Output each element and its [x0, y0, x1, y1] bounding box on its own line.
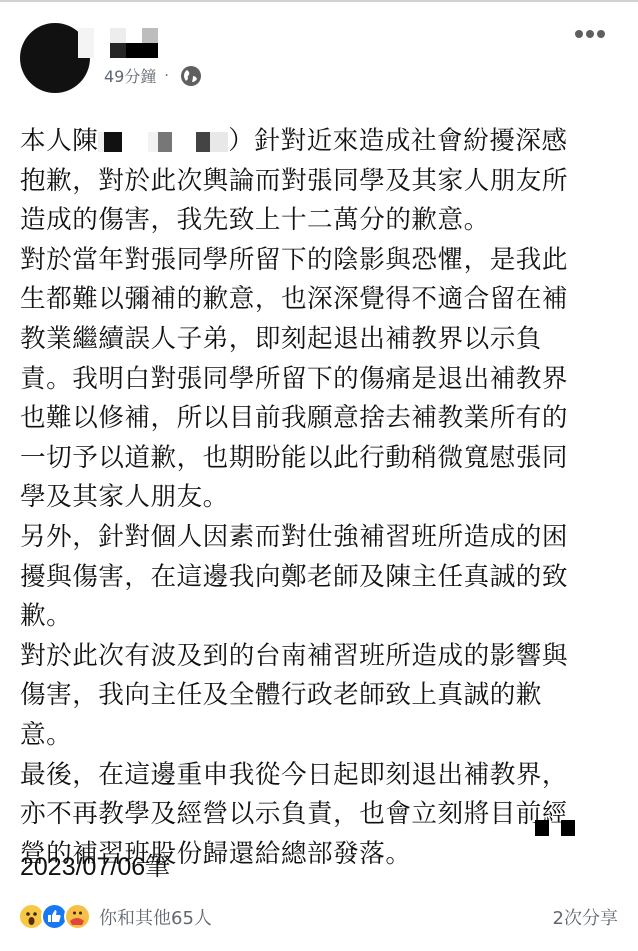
author-name-redacted[interactable]	[78, 28, 158, 58]
text-line: 抱歉，對於此次輿論而對張同學及其家人朋友所	[20, 162, 635, 202]
facebook-post: 49分鐘 · 本人陳）針對近來造成社會紛擾深感 抱歉，對於此次輿論而對張同學及其…	[0, 0, 638, 951]
paragraph-1: 本人陳）針對近來造成社會紛擾深感 抱歉，對於此次輿論而對張同學及其家人朋友所 造…	[20, 122, 635, 241]
text-line: 最後，在這邊重申我從今日起即刻退出補教界，	[20, 756, 635, 796]
more-options-icon[interactable]	[575, 30, 605, 38]
text-line: 歉。	[20, 597, 635, 637]
text-line: 一切予以道歉，也期盼能以此行動稍微寬慰張同	[20, 439, 635, 479]
post-body: 本人陳）針對近來造成社會紛擾深感 抱歉，對於此次輿論而對張同學及其家人朋友所 造…	[20, 122, 635, 874]
reactions-bar[interactable]: 你和其他65人	[18, 903, 212, 930]
paragraph-4: 對於此次有波及到的台南補習班所造成的影響與 傷害，我向主任及全體行政老師致上真誠…	[20, 637, 635, 756]
text-line: 本人陳）針對近來造成社會紛擾深感	[20, 122, 635, 162]
paragraph-3: 另外，針對個人因素而對仕強補習班所造成的困 擾與傷害，在這邊我向鄭老師及陳主任真…	[20, 518, 635, 637]
text-line: 對於此次有波及到的台南補習班所造成的影響與	[20, 637, 635, 677]
text-line: 造成的傷害，我先致上十二萬分的歉意。	[20, 201, 635, 241]
text-line: 學及其家人朋友。	[20, 478, 635, 518]
text-line: 擾與傷害，在這邊我向鄭老師及陳主任真誠的致	[20, 558, 635, 598]
paragraph-2: 對於當年對張同學所留下的陰影與恐懼，是我此 生都難以彌補的歉意，也深深覺得不適合…	[20, 241, 635, 518]
post-footer: 你和其他65人 2次分享	[18, 903, 618, 930]
post-date-line: 2023/07/06筆	[20, 847, 170, 883]
share-count[interactable]: 2次分享	[553, 904, 618, 930]
text-line: 意。	[20, 716, 635, 756]
text-line: 另外，針對個人因素而對仕強補習班所造成的困	[20, 518, 635, 558]
text-line: 責。我明白對張同學所留下的傷痛是退出補教界	[20, 360, 635, 400]
post-timestamp[interactable]: 49分鐘	[104, 64, 156, 87]
text-line: 對於當年對張同學所留下的陰影與恐懼，是我此	[20, 241, 635, 281]
text-line: 傷害，我向主任及全體行政老師致上真誠的歉	[20, 676, 635, 716]
signature-redacted	[535, 820, 575, 836]
post-meta: 49分鐘 ·	[104, 64, 201, 87]
globe-icon[interactable]	[181, 66, 201, 86]
reaction-summary[interactable]: 你和其他65人	[99, 904, 212, 930]
meta-separator: ·	[164, 68, 168, 84]
top-divider	[0, 0, 638, 2]
name-redaction	[98, 132, 228, 152]
text-line: 生都難以彌補的歉意，也深深覺得不適合留在補	[20, 280, 635, 320]
text-line: 教業繼續誤人子弟，即刻起退出補教界以示負	[20, 320, 635, 360]
care-reaction-icon	[64, 903, 91, 930]
text-line: 也難以修補，所以目前我願意捨去補教業所有的	[20, 399, 635, 439]
